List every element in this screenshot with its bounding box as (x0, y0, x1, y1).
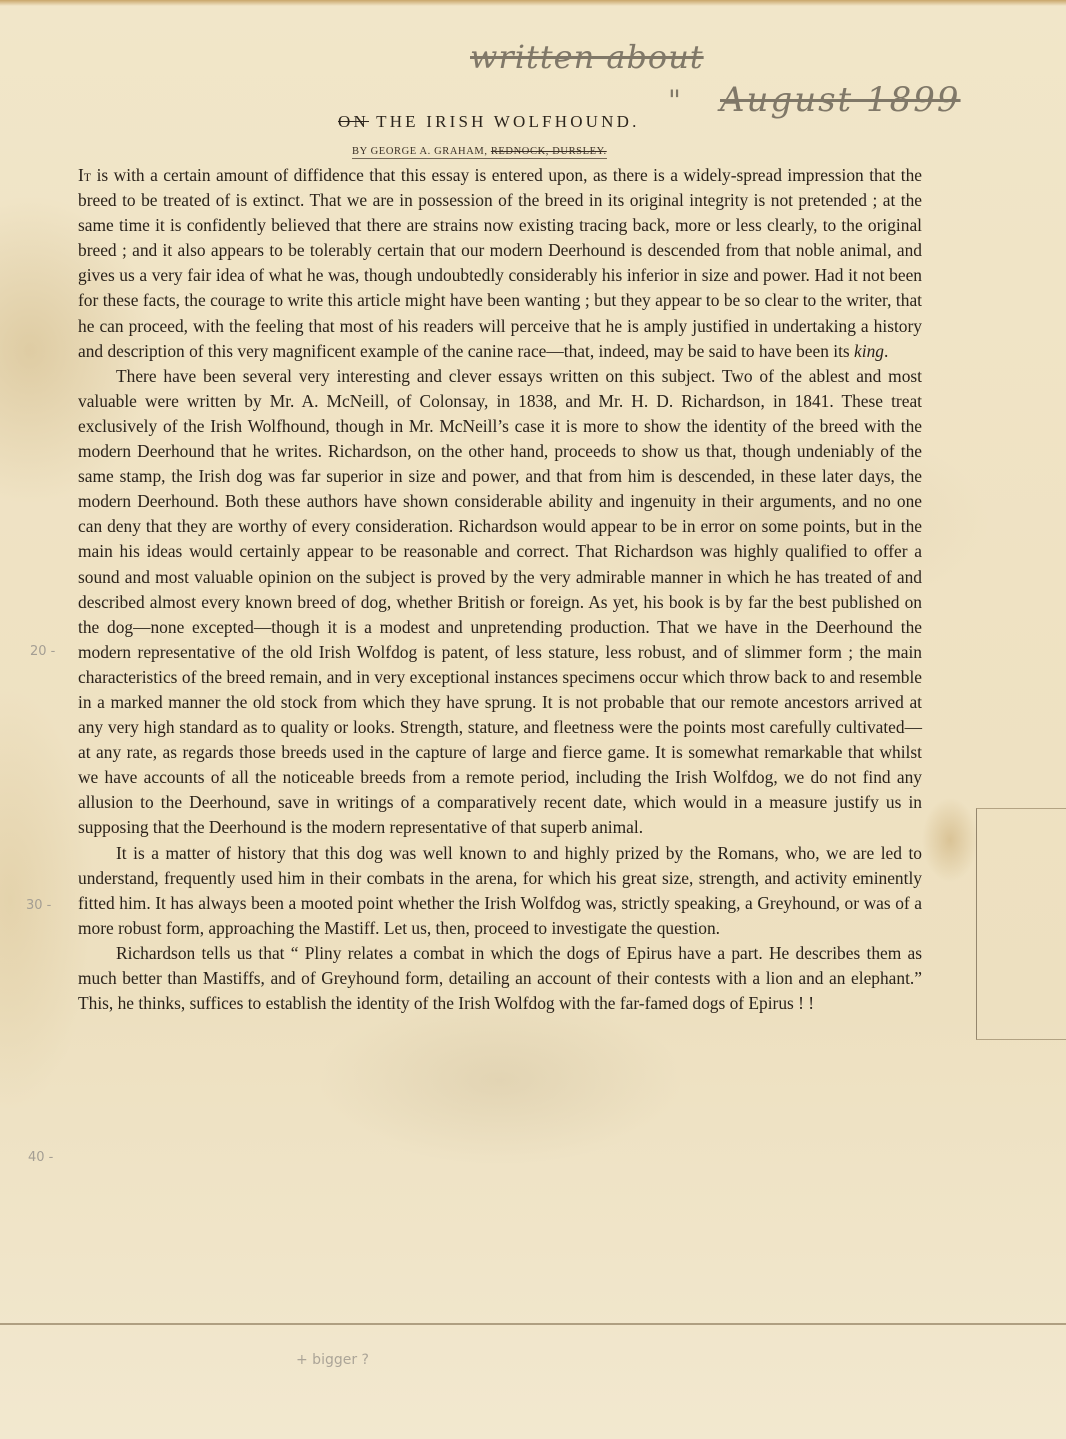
drop-cap: It (78, 165, 91, 185)
margin-line-number-20: 20 - (30, 644, 55, 659)
title-text: THE IRISH WOLFHOUND. (376, 112, 639, 131)
article-body: It is with a certain amount of diffidenc… (78, 163, 922, 1016)
author-byline: BY GEORGE A. GRAHAM, REDNOCK, DURSLEY. (352, 146, 607, 159)
pasted-paper-patch (976, 808, 1066, 1040)
margin-line-number-30: 30 - (26, 898, 51, 913)
paragraph-1-italic: king (854, 341, 884, 361)
pencil-annotation: + bigger ? (296, 1352, 369, 1368)
byline-author: BY GEORGE A. GRAHAM, (352, 146, 488, 157)
paragraph-4: Richardson tells us that “ Pliny relates… (78, 941, 922, 1016)
handwritten-ditto-mark: " (668, 84, 681, 117)
article-title: ON THE IRISH WOLFHOUND. (338, 112, 640, 132)
title-struck-word: ON (338, 112, 369, 131)
paragraph-1-text: is with a certain amount of diffidence t… (78, 165, 922, 361)
margin-line-number-40: 40 - (28, 1150, 53, 1165)
paragraph-2: There have been several very interesting… (78, 364, 922, 841)
paragraph-1-end: . (884, 341, 888, 361)
paragraph-1: It is with a certain amount of diffidenc… (78, 163, 922, 364)
handwritten-note-written-about: written about (470, 38, 704, 76)
page-bottom-rule (0, 1323, 1066, 1325)
byline-address: REDNOCK, DURSLEY. (491, 146, 607, 157)
torn-top-edge (0, 0, 1066, 6)
paragraph-3: It is a matter of history that this dog … (78, 841, 922, 941)
handwritten-date: August 1899 (720, 80, 961, 120)
